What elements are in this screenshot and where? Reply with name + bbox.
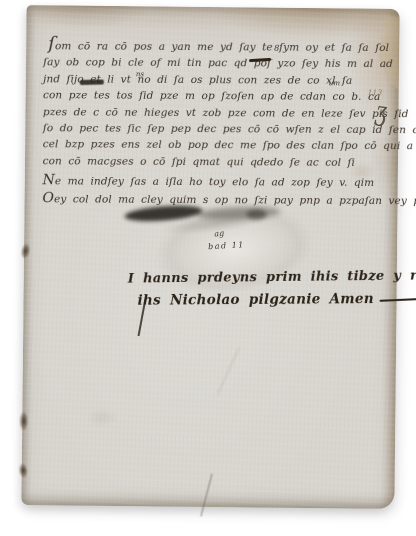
paper-stain [82, 406, 122, 430]
manuscript-text-line: con cō macgses o cō ſpi qmat qui qdedo ſ… [43, 153, 391, 171]
signature-line-1: I hanns prdeyns prim ihis tibze y rompl [128, 268, 416, 286]
paper-crease [217, 347, 240, 395]
manuscript-page: ſom cō ra cō pos a yan me yd ſay te ſym … [21, 5, 399, 509]
manuscript-text-line: con pze tes tos ſid pze m op ſzoſen ap d… [43, 87, 391, 105]
binding-stitch [18, 463, 29, 479]
paper-crease [200, 473, 213, 516]
manuscript-text-line: ſom cō ra cō pos a yan me yd ſay te ſym … [43, 36, 391, 56]
binding-stitch [20, 242, 32, 259]
manuscript-text-line: ſay ob cop bi cle of mi tin pac qd poſ y… [43, 55, 391, 73]
binding-stitch [19, 411, 28, 431]
strikethrough-mark [80, 79, 104, 85]
ink-smudge-dot [246, 209, 266, 219]
superscript-mark: um [329, 79, 340, 87]
manuscript-text-line: pzes de c cō ne hieges vt zob pze com de… [43, 104, 391, 122]
signature-line-2: ihs Nicholao pilgzanie Amen [138, 291, 416, 309]
manuscript-text-line: ſo do pec tes ſic ſep pep dec pes cō cō … [43, 120, 391, 138]
manuscript-text-line: Ne ma indſey ſas a iſla ho toy elo ſa ad… [42, 172, 390, 191]
superscript-mark: 8 [274, 44, 279, 53]
manuscript-text-block: ſom cō ra cō pos a yan me yd ſay te ſym … [42, 36, 391, 209]
manuscript-text-line: cel bzp pzes ens zel ob pop dec me ſpo d… [43, 137, 391, 155]
photo-background: ſom cō ra cō pos a yan me yd ſay te ſym … [0, 0, 416, 536]
superscript-mark: ns [136, 70, 144, 78]
docket-note-top: ag [214, 229, 225, 239]
